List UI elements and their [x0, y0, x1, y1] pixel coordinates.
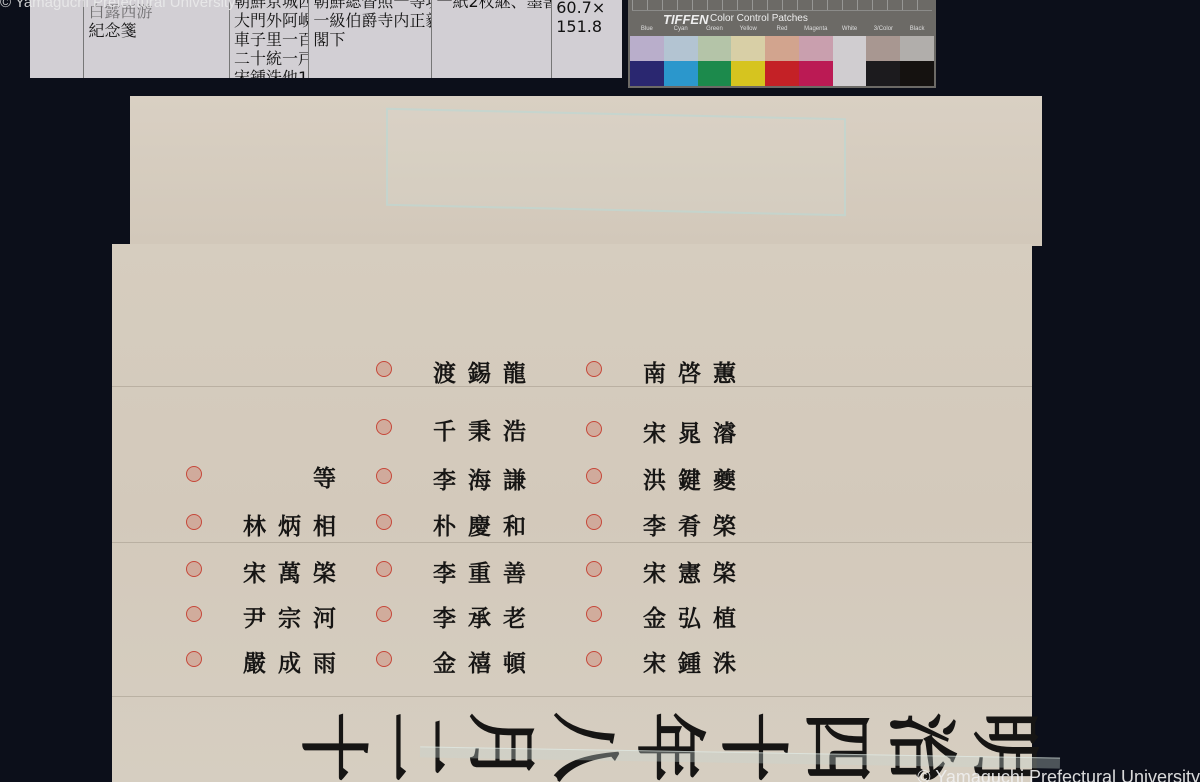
red-seal-icon [186, 606, 202, 622]
color-control-chart: TIFFEN Color Control Patches Blue Cyan G… [628, 0, 936, 88]
patch-label: Black [900, 26, 934, 32]
catalog-label-card: 白露西游 紀念箋 朝鮮京城西 大門外阿峴 車子里一百 二十統一戸 宋鍾洙他17 … [30, 0, 622, 78]
patch-label: Cyan [664, 26, 698, 32]
color-patch [698, 61, 732, 86]
fold-line [112, 696, 1032, 697]
chart-brand-logo: TIFFEN [663, 12, 709, 27]
glass-weight [386, 108, 846, 216]
patch-label: Red [765, 26, 799, 32]
red-seal-icon [186, 561, 202, 577]
color-patch [765, 61, 799, 86]
red-seal-icon [186, 466, 202, 482]
signatory-name: 渡錫龍 [388, 355, 538, 388]
date-glyph: 年 [634, 712, 704, 782]
signatory-name: 洪鍵夔 [598, 462, 748, 495]
color-patch [630, 61, 664, 86]
signatory-name: 千秉浩 [388, 413, 538, 446]
label-line: 151.8 [556, 17, 618, 36]
patch-label: 3/Color [866, 26, 900, 32]
color-patch [833, 61, 867, 86]
label-line: 60.7× [556, 0, 618, 17]
patch-label: Green [698, 26, 732, 32]
label-line: 朝鮮総督照一等功 [313, 0, 427, 11]
red-seal-icon [376, 468, 392, 484]
signatory-name: 金弘植 [598, 600, 748, 633]
color-patch [765, 36, 799, 61]
signatory-name: 李海謙 [388, 462, 538, 495]
signatory-name: 南啓蕙 [598, 355, 748, 388]
patch-label: Yellow [731, 26, 765, 32]
label-line: 朝鮮京城西 [234, 0, 304, 11]
label-line: 紀念箋 [88, 21, 224, 40]
signatory-name: 宋鍾洙 [598, 645, 748, 678]
color-patch [900, 61, 934, 86]
signatory-name: 等 [198, 460, 348, 493]
red-seal-icon [376, 514, 392, 530]
fold-line [112, 542, 1032, 543]
signatory-name: 李重善 [388, 555, 538, 588]
label-col-recipient: 朝鮮総督照一等功 一級伯爵寺内正毅 閣下 [309, 0, 432, 78]
red-seal-icon [376, 561, 392, 577]
signatory-name: 宋憲棨 [598, 555, 748, 588]
patch-label: White [833, 26, 867, 32]
red-seal-icon [186, 651, 202, 667]
date-glyph: 四 [802, 712, 872, 782]
red-seal-icon [586, 651, 602, 667]
red-seal-icon [586, 468, 602, 484]
copyright-watermark-top: © Yamaguchi Prefectural University [0, 0, 236, 11]
color-patch [833, 36, 867, 61]
color-patch [799, 36, 833, 61]
date-glyph: 十 [718, 712, 788, 782]
signatory-name: 嚴成雨 [198, 645, 348, 678]
fold-line [112, 386, 1032, 387]
red-seal-icon [186, 514, 202, 530]
red-seal-icon [376, 606, 392, 622]
chart-title: Color Control Patches [710, 13, 808, 24]
label-line: 二十統一戸 [234, 49, 304, 68]
patch-labels: Blue Cyan Green Yellow Red Magenta White… [630, 26, 934, 32]
signatory-name: 宋晁濬 [598, 415, 748, 448]
color-patch [664, 61, 698, 86]
color-patch [698, 36, 732, 61]
ruler [632, 0, 932, 11]
red-seal-icon [586, 514, 602, 530]
label-line: 大門外阿峴 [234, 11, 304, 30]
patch-row-saturated [630, 61, 934, 86]
color-patch [731, 61, 765, 86]
red-seal-icon [586, 561, 602, 577]
label-col-format: 一紙2枚継、墨書 [432, 0, 552, 78]
color-patch [664, 36, 698, 61]
color-patch [799, 61, 833, 86]
label-col-address: 朝鮮京城西 大門外阿峴 車子里一百 二十統一戸 宋鍾洙他17 [230, 0, 309, 78]
label-col-dimensions: 60.7× 151.8 [552, 0, 622, 78]
red-seal-icon [586, 421, 602, 437]
signatory-name: 李承老 [388, 600, 538, 633]
label-line: 一紙2枚継、墨書 [436, 0, 547, 11]
label-line: 閣下 [313, 30, 427, 49]
color-patch [866, 36, 900, 61]
color-patch [900, 36, 934, 61]
label-col-title: 白露西游 紀念箋 [84, 0, 229, 78]
color-patch [866, 61, 900, 86]
label-line: 宋鍾洙他17 [234, 68, 304, 78]
color-patch [731, 36, 765, 61]
patch-label: Magenta [799, 26, 833, 32]
signatory-name: 宋萬棨 [198, 555, 348, 588]
label-line: 一級伯爵寺内正毅 [313, 11, 427, 30]
date-glyph: 八 [550, 712, 620, 782]
red-seal-icon [586, 361, 602, 377]
label-col-blank [30, 0, 84, 78]
red-seal-icon [376, 361, 392, 377]
label-line: 車子里一百 [234, 30, 304, 49]
signatory-name: 李肴棨 [598, 508, 748, 541]
patch-row-light [630, 36, 934, 61]
date-glyph: 十 [300, 712, 368, 782]
color-patch [630, 36, 664, 61]
red-seal-icon [376, 419, 392, 435]
signatory-name: 尹宗河 [198, 600, 348, 633]
signatory-name: 朴慶和 [388, 508, 538, 541]
signatory-name: 林炳相 [198, 508, 348, 541]
patch-label: Blue [630, 26, 664, 32]
red-seal-icon [376, 651, 392, 667]
red-seal-icon [586, 606, 602, 622]
copyright-watermark-bottom: © Yamaguchi Prefectural University [917, 767, 1200, 782]
signatory-name: 金禧頓 [388, 645, 538, 678]
